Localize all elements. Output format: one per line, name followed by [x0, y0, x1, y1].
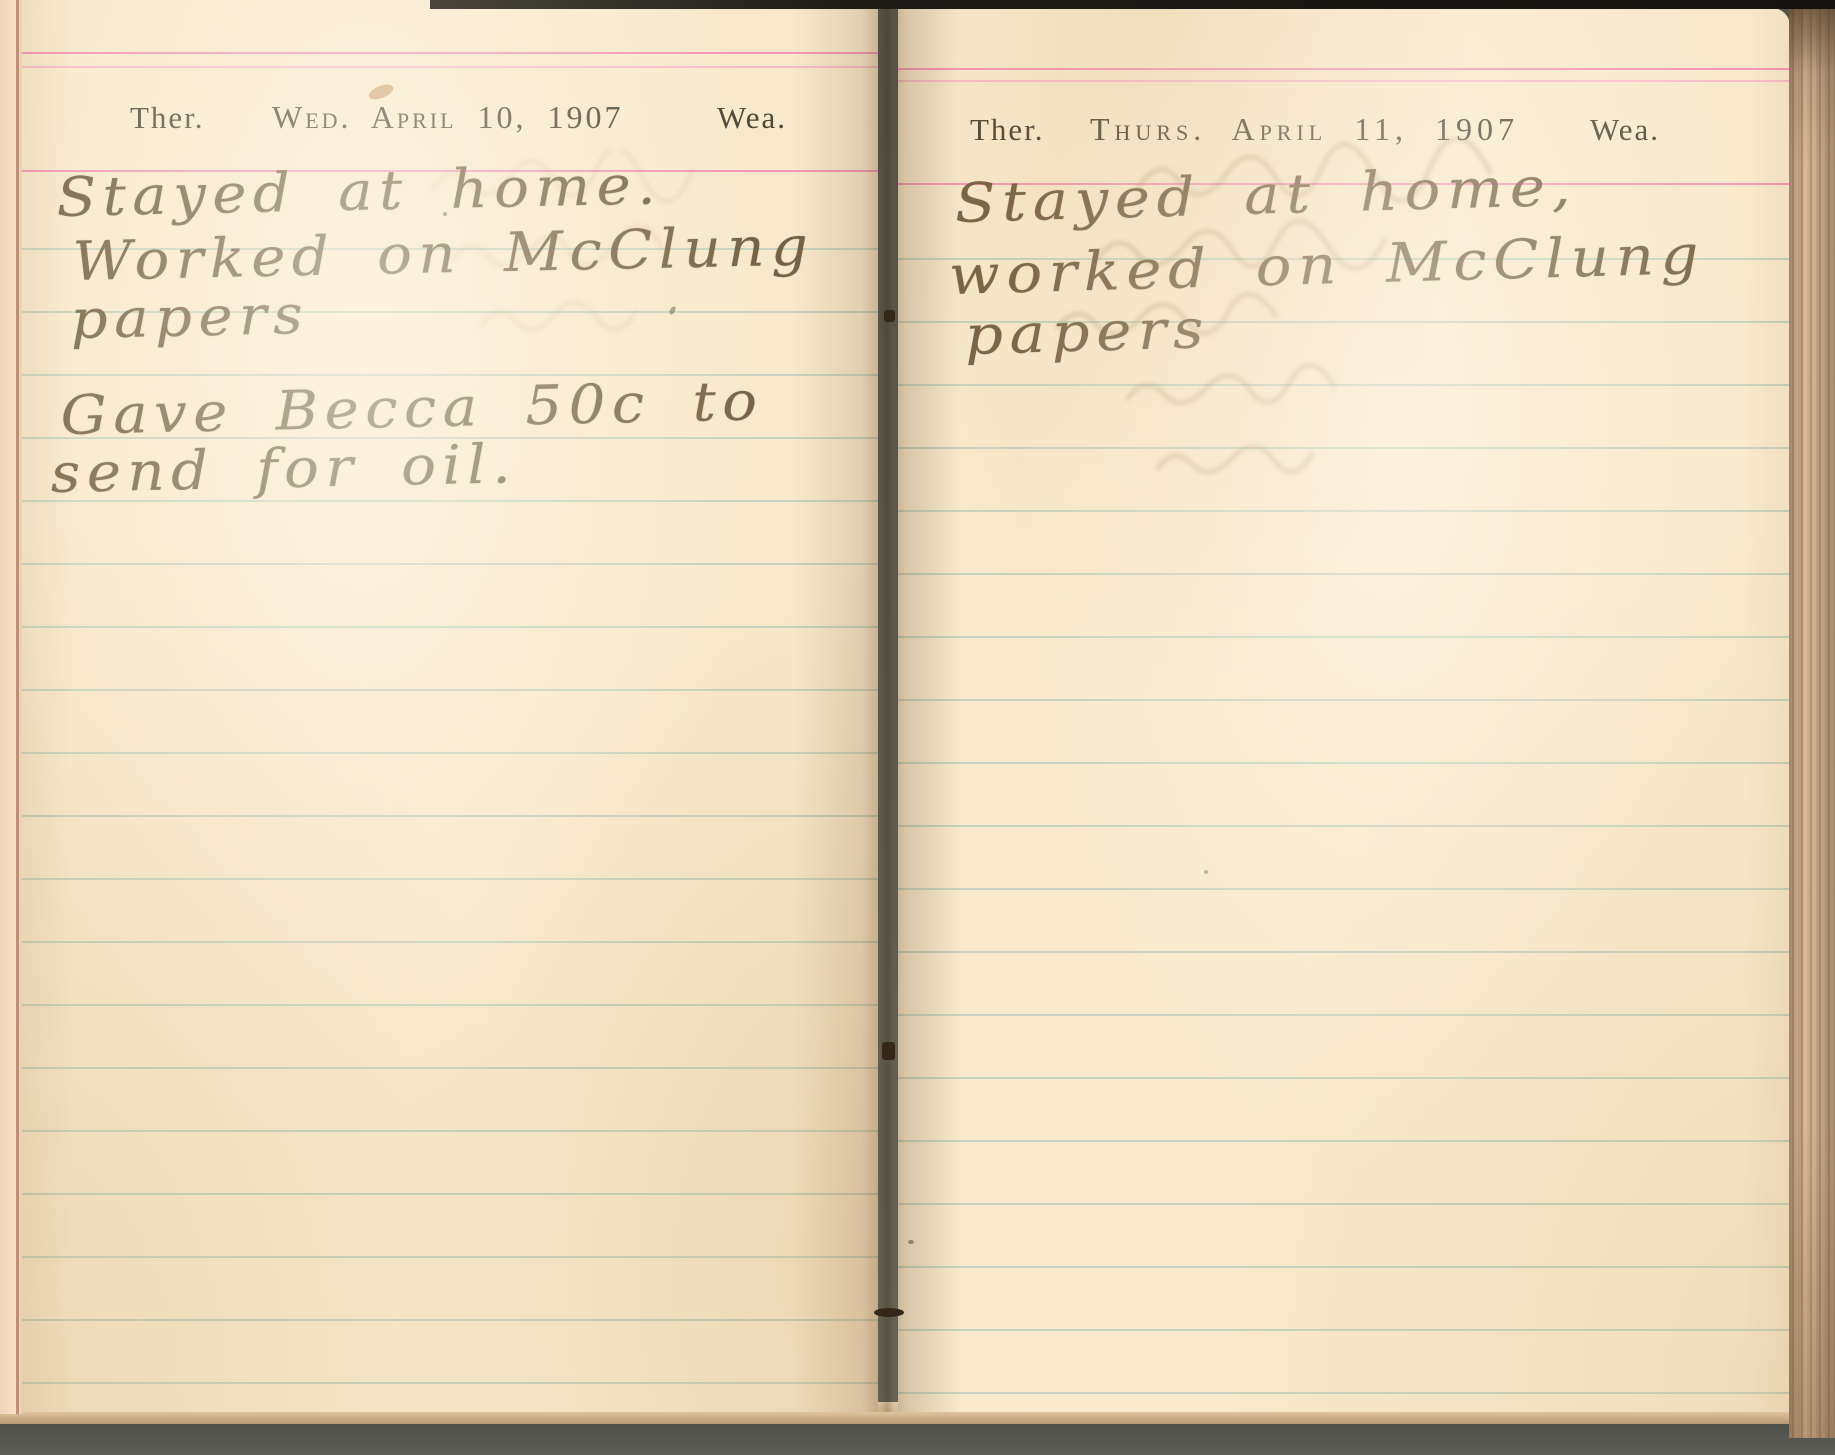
- book-top-edge-shadow: [430, 0, 1835, 9]
- stitch-mark: [882, 1042, 895, 1060]
- entry-line: send for oil.: [50, 432, 518, 505]
- header-row: Ther.: [130, 100, 205, 136]
- ink-speck: [668, 305, 677, 315]
- pink-rule-line: [22, 52, 878, 54]
- date-heading: Wed. April 10, 1907: [272, 99, 624, 136]
- pink-rule-line: [898, 68, 1790, 70]
- date-heading: Thurs. April 11, 1907: [1090, 111, 1519, 148]
- wea-label: Wea.: [717, 100, 787, 135]
- page-edge-shading: [1789, 4, 1835, 1438]
- desk-bottom-strip: [0, 1424, 1835, 1455]
- entry-line: Stayed at home,: [954, 155, 1578, 235]
- entry-line: papers: [964, 297, 1211, 367]
- ruled-lines: [898, 258, 1790, 1398]
- stitch-mark: [884, 310, 895, 322]
- stitch-mark: [874, 1308, 904, 1317]
- ink-speck: [1204, 870, 1208, 874]
- pink-rule-line: [898, 80, 1790, 82]
- wea-label-wrap: Wea.: [1590, 112, 1660, 148]
- entry-line: worked on McClung: [948, 223, 1706, 307]
- pink-rule-line: [22, 66, 878, 68]
- left-underpage-edge: [0, 0, 22, 1414]
- ther-label: Ther.: [130, 100, 205, 135]
- ink-speck: [908, 1240, 914, 1244]
- entry-line: papers: [70, 283, 310, 351]
- wea-label: Wea.: [1590, 112, 1660, 147]
- ther-label: Ther.: [970, 112, 1045, 147]
- diary-scan: Ther. Wed. April 10, 1907 Wea. Stayed at…: [0, 0, 1835, 1455]
- right-page-edge-stack: [1789, 4, 1835, 1438]
- header-row: Ther.: [970, 112, 1045, 148]
- left-page: Ther. Wed. April 10, 1907 Wea. Stayed at…: [22, 0, 878, 1412]
- underpage-seam-line: [16, 0, 19, 1414]
- right-page: Ther. Thurs. April 11, 1907 Wea. Stayed …: [898, 8, 1790, 1412]
- wea-label-wrap: Wea.: [717, 100, 787, 136]
- entry-line: Stayed at home.: [56, 153, 663, 229]
